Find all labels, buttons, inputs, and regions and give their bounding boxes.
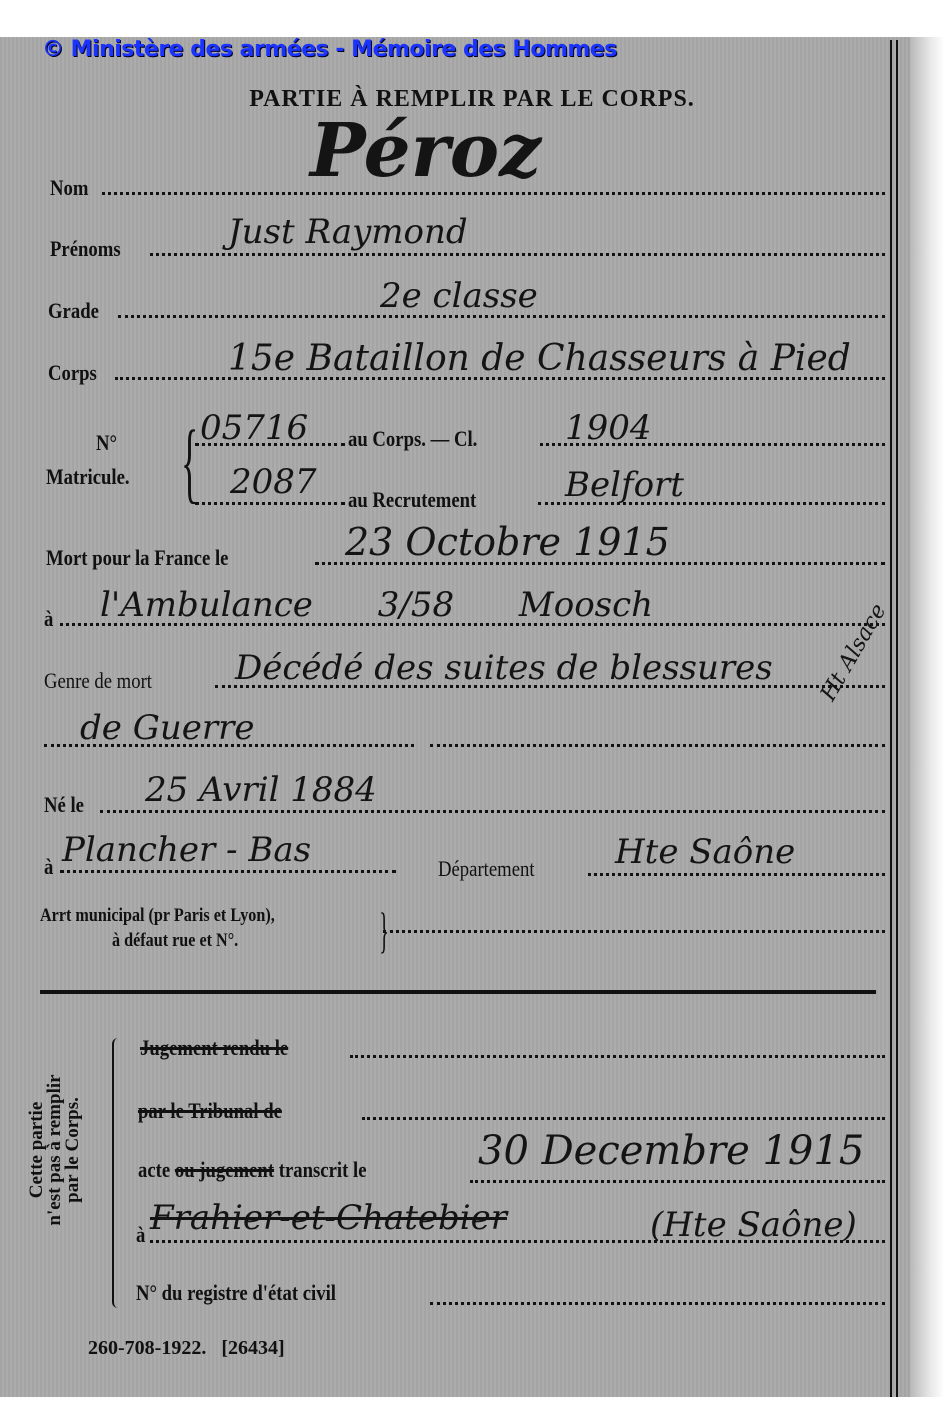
tribunal-label: par le Tribunal de	[138, 1098, 282, 1124]
lieu-transcrit-label: à	[136, 1222, 145, 1248]
paper-edge	[910, 37, 944, 1397]
classe-value: 1904	[565, 408, 652, 448]
nom-value: Péroz	[310, 108, 541, 194]
naissance-value: 25 Avril 1884	[145, 770, 377, 810]
lieu-transcrit-value: Frahier-et-Chatebier	[150, 1198, 507, 1238]
genre-mort-label: Genre de mort	[44, 668, 152, 694]
grade-value: 2e classe	[380, 276, 538, 316]
matricule-no-label: N°	[96, 430, 117, 456]
lieu-naissance-label: à	[44, 854, 53, 880]
side-note-line: par le Corps.	[64, 1060, 82, 1240]
lieu-mort-label: à	[44, 606, 53, 632]
corps-value: 15e Bataillon de Chasseurs à Pied	[228, 338, 851, 379]
nom-label: Nom	[50, 175, 88, 201]
margin-line	[896, 40, 898, 1397]
registre-label: N° du registre d'état civil	[136, 1280, 336, 1306]
genre-mort-line2b	[430, 744, 885, 747]
brace: {	[181, 418, 198, 508]
tribunal-line	[362, 1117, 885, 1120]
arrondissement-label-2: à défaut rue et N°.	[112, 930, 238, 952]
ou-jugement-label: ou jugement	[175, 1157, 274, 1182]
recrutement-value: Belfort	[565, 465, 684, 505]
transcrit-value: 30 Decembre 1915	[478, 1128, 864, 1174]
jugement-line	[350, 1055, 885, 1058]
prenoms-value: Just Raymond	[228, 212, 468, 252]
section-divider	[40, 990, 876, 994]
corps-no-value: 05716	[200, 408, 308, 448]
au-corps-label: au Corps. — Cl.	[348, 426, 477, 452]
arrondissement-label-1: Arrt municipal (pr Paris et Lyon),	[40, 905, 275, 927]
departement-label: Département	[438, 856, 535, 882]
jugement-label: Jugement rendu le	[140, 1035, 288, 1061]
side-note: Cette partie n'est pas à remplir par le …	[28, 1060, 82, 1240]
prenoms-label: Prénoms	[50, 236, 121, 262]
transcrit-le-label: transcrit le	[279, 1157, 367, 1182]
recrutement-no-line	[195, 502, 345, 505]
lieu-naissance-line	[60, 870, 396, 873]
print-code: 260-708-1922. [26434]	[88, 1337, 285, 1360]
prenoms-line	[150, 253, 885, 256]
lieu-naissance-value: Plancher - Bas	[62, 830, 311, 870]
genre-mort-value2: de Guerre	[80, 708, 255, 748]
lieu-transcrit-dept: (Hte Saône)	[650, 1205, 857, 1245]
grade-label: Grade	[48, 298, 99, 324]
transcrit-label: acte ou jugement transcrit le	[138, 1157, 366, 1183]
mort-label: Mort pour la France le	[46, 545, 228, 571]
registre-line	[430, 1302, 885, 1305]
lower-bracket	[112, 1038, 122, 1308]
corps-label: Corps	[48, 360, 97, 386]
margin-line	[890, 40, 892, 1397]
copyright-watermark: © Ministère des armées - Mémoire des Hom…	[42, 37, 617, 62]
naissance-label: Né le	[44, 792, 84, 818]
arrondissement-line	[383, 930, 885, 933]
lieu-mort-value: l'Ambulance 3/58 Moosch	[100, 585, 653, 625]
acte-label: acte	[138, 1157, 170, 1182]
au-recrutement-label: au Recrutement	[348, 487, 476, 513]
departement-value: Hte Saône	[615, 832, 795, 872]
transcrit-line	[470, 1180, 885, 1183]
genre-mort-value: Décédé des suites de blessures	[235, 648, 773, 688]
matricule-label: Matricule.	[46, 464, 130, 490]
mort-value: 23 Octobre 1915	[345, 520, 670, 564]
recrutement-no-value: 2087	[230, 462, 317, 502]
naissance-line	[100, 810, 885, 813]
departement-line	[588, 873, 885, 876]
